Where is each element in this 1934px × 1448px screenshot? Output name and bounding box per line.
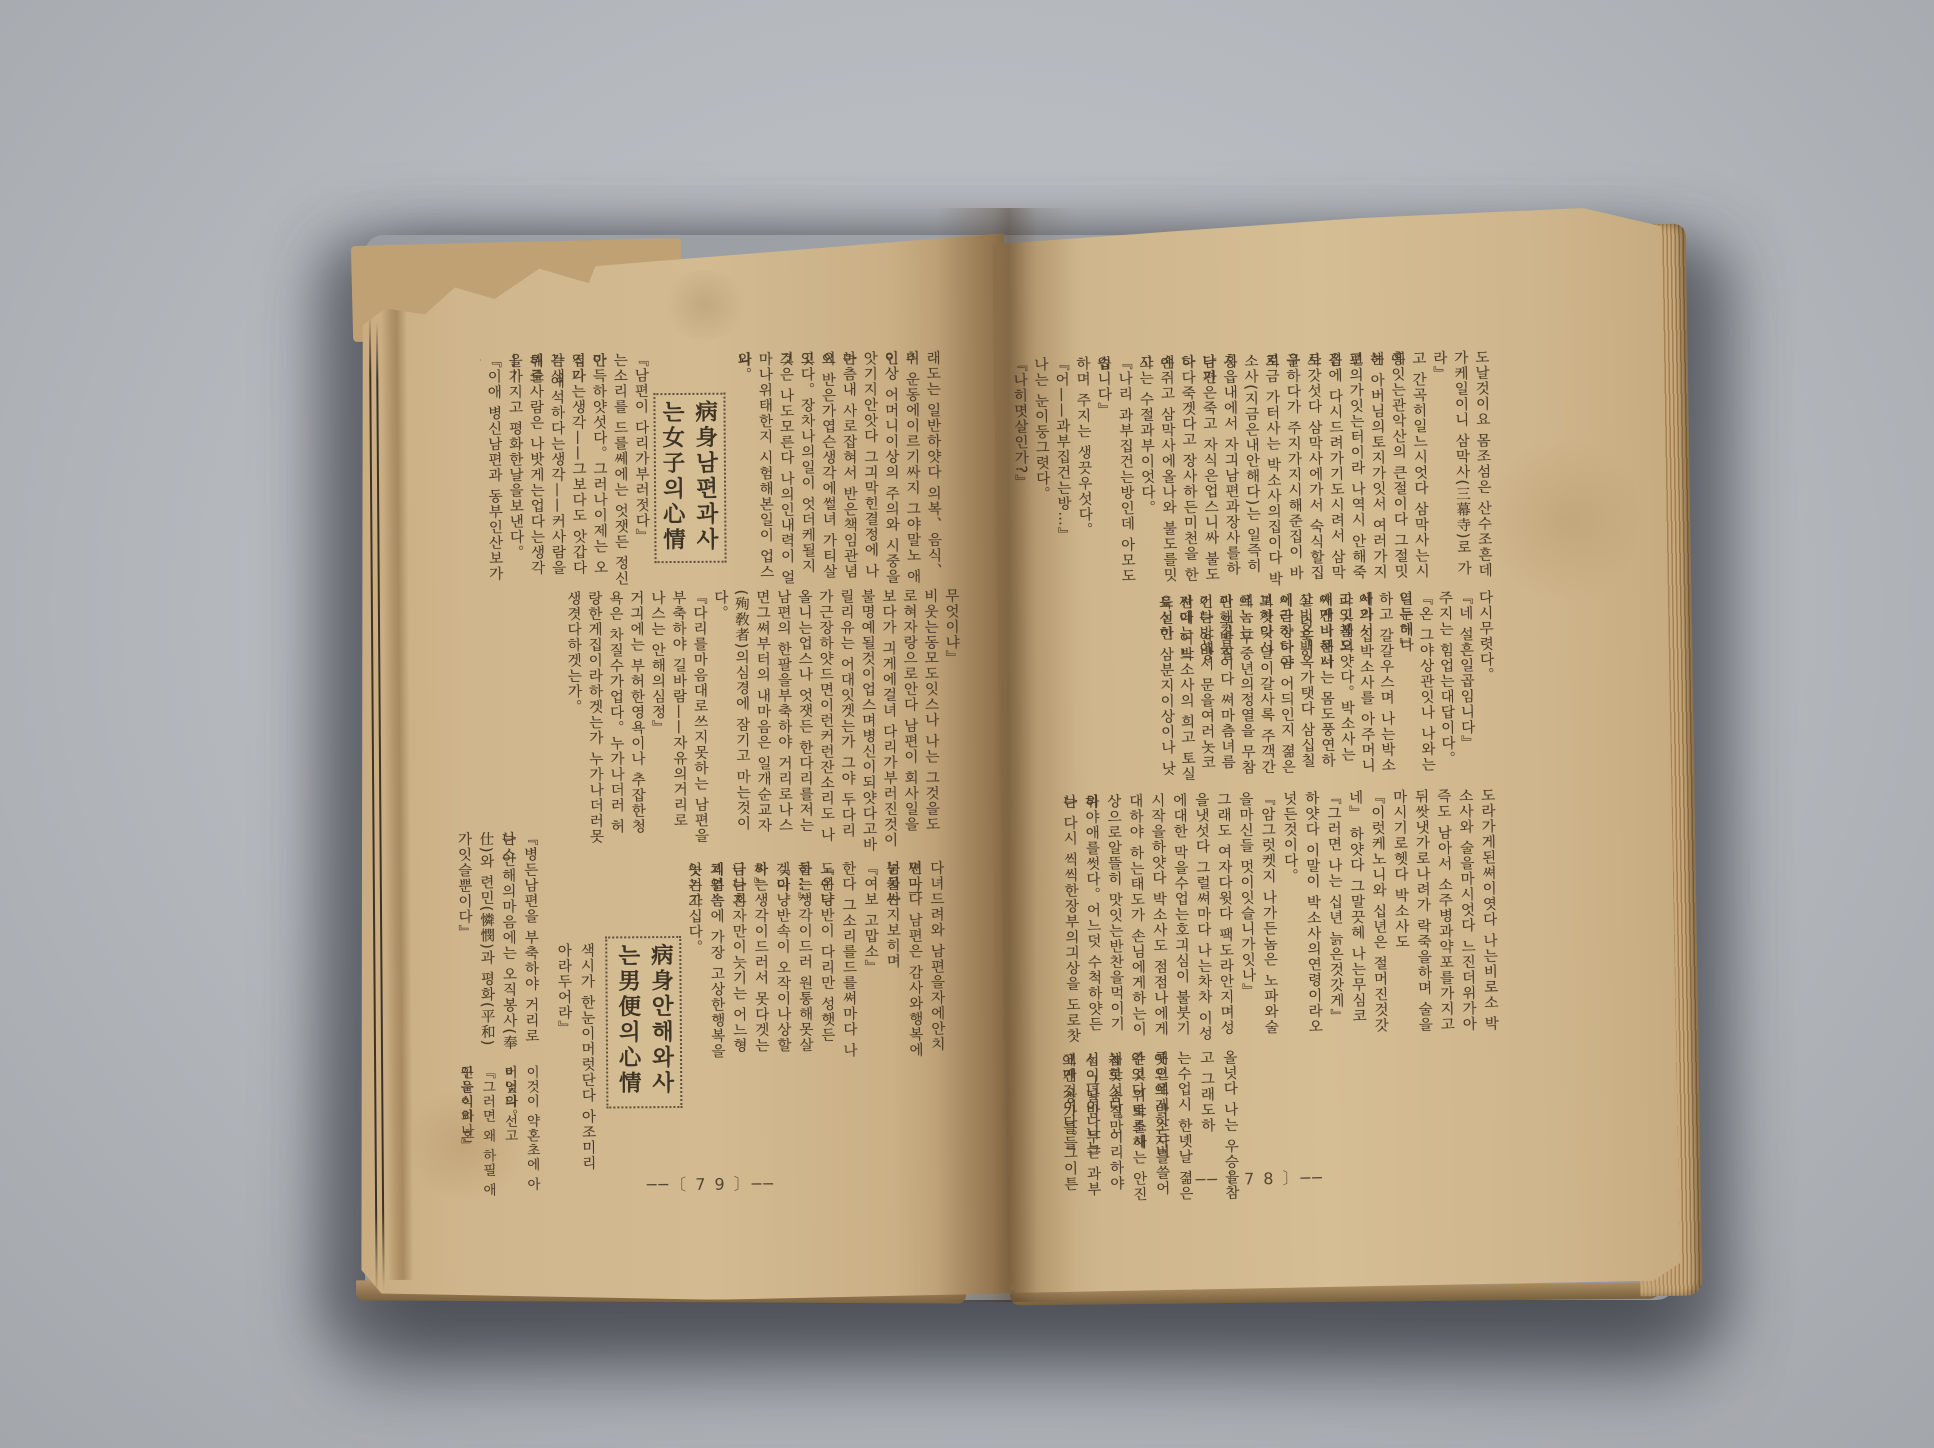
text-column: 소사(지금은내안해다)는 일즉히시: [1239, 353, 1264, 587]
text-column: 을가지고 평화한날을보낸다。: [503, 353, 526, 587]
text-column: 욕은 차질수가업다。누가나더러 허: [604, 590, 627, 856]
text-column: 놉핫섯다。이리하야서 그날밤 나는: [1102, 1051, 1127, 1203]
text-column: 아득하얏섯다。그러나이제는 오직가: [587, 352, 610, 586]
text-column: 에게비해서는 몸도풍연하고 더욱히: [1315, 592, 1338, 782]
text-column: 하얏다 이말이 박소사의연령이라오: [1300, 790, 1326, 1042]
text-column: (殉敎者)의심경에 잠기고 마는것이: [730, 589, 753, 855]
text-column: 나는 눈이둥그렷다。: [1029, 356, 1054, 590]
text-column: 래도는 일반하얏다 의복、음식、취: [921, 350, 944, 584]
text-column: 관해질분이다 쎠마츰녀름이다 안방: [1215, 594, 1238, 784]
text-column: 도라가게된쎠이엿다 나는비로소 박: [1476, 787, 1502, 1039]
text-block-tier3: 다녀드려와 남편을자에안치면 그쎠마다 남편은 감사와행복에넘치는눈물싸지보히며…: [681, 860, 948, 1068]
text-column: 마시기로헷다 박소사도: [1388, 789, 1414, 1041]
text-block-tier1: 도날것이요 몸조섬은 산수조흔데가케일이니 삼막사(三幕寺)로 가라』고 간곡히…: [1008, 350, 1495, 592]
text-column: 하다죽겟다고 장사하든미천을 한손: [1176, 354, 1201, 588]
text-column: 건는방에서 문을여러놋코잔다 어느: [1195, 594, 1218, 784]
text-column: 무엇이냐』: [940, 588, 963, 854]
text-column: 편의가잇는터이라 나역시 안해죽은: [1344, 351, 1369, 585]
text-column: 주엇다 박소사는 안진채로 숨질만: [1125, 1051, 1150, 1203]
text-column: 『이럿케노니와 십년은 절머진것갓: [1366, 789, 1392, 1041]
text-column: 가근장하얏드면이런커런잔소리도 나: [814, 589, 837, 855]
text-column: 로갓섯다 삼막사에가서 숙식할집을: [1302, 352, 1327, 586]
text-column: 앗기지안앗다 그긔막힌결정에 나는: [858, 351, 881, 585]
text-column: 거긔에는 부허한영욕이나 추잡한청: [625, 590, 648, 856]
text-column: 즉도 남아서 소주병과약포를가지고: [1432, 788, 1458, 1040]
text-column: 『이냥반이 다리만 성햇든들…』: [815, 861, 838, 1067]
text-block-tier1-left: 『남편이 다리가부러젓다』는소리를 드를쎼에는 엇잿든 정신만아득하얏섯다。그러…: [480, 352, 652, 587]
text-column: 하고 갈갈우스며 나는박소사의 집: [1374, 591, 1397, 781]
text-column: 『나리 과부집건는방인데 아모도업: [1113, 355, 1138, 589]
text-column: 니는데』: [1394, 591, 1417, 781]
text-column: 에가서 박소사를 아주머니라고불으: [1355, 591, 1378, 781]
text-column: 릴리유는 어대잇겟는가 그야 두다리: [835, 589, 858, 855]
text-block-tier4-beside-heading: 색시가 한눈이머럿단다 아조미리아라두어라』: [549, 943, 599, 1195]
text-column: 랑한게집이라하겟는가 누가나더러못: [583, 591, 606, 857]
text-column: 마츰내 사로잡혀서 반은책임관념이: [837, 351, 860, 585]
text-column: 보다가 긔게에걸녀 다리가부러진것이: [877, 588, 900, 854]
text-column: 는 아버님의토지가잇서 여러가지로: [1365, 351, 1390, 585]
text-column: 구하다가 주지가지시해준집이 바로: [1281, 352, 1306, 586]
text-column: 하며 주지는 생끗우섯다。: [1071, 356, 1096, 590]
text-column: 육선이 삼분지이상이나 낫하날쎠가: [1155, 595, 1178, 785]
text-column: 『병든남편을 부축하야 거리로나스: [518, 831, 542, 1059]
text-column: 쎠마다 남편은 감사와행복에넘치는: [903, 860, 926, 1066]
text-column: 이것이 약혼초에 아버님의 선고: [520, 1065, 543, 1197]
text-column: 룻으로 박소사를쓸어안고 위로를해: [1148, 1051, 1173, 1203]
heading-line: 病身안해와사: [643, 943, 677, 1101]
text-column: 사는 수절과부이엇다。: [1134, 355, 1159, 589]
text-column: 색시가 한눈이머럿단다 아조미리: [574, 943, 599, 1195]
text-block-tier1-right: 래도는 일반하얏다 의복、음식、취미 운동에이르기싸지 그야말노 애인이상 어머…: [730, 350, 944, 585]
text-block-tier2-tail: 『병든남편을 부축하야 거리로나스는 안해의마음에는 오직봉사(奉仕)와 련민(…: [450, 831, 542, 1060]
text-column: 하는생각이드러서 못다겟는나는지: [749, 861, 772, 1067]
text-column: 부축하야 길바람——자유의거리로: [667, 590, 690, 856]
text-column: 각 애석하다는생각——커사람을위로: [545, 353, 568, 587]
text-column: 지금 가터사는 박소사의집이다 박: [1260, 353, 1285, 587]
text-column: 『나히몃살인가?』: [1008, 357, 1033, 591]
text-column: 눈물싸지보히며: [881, 860, 904, 1066]
text-column: 한다 그소리를드를쎠마다 나도운다: [837, 861, 860, 1067]
text-column: 마나위태한지 시험해본일이 업스니: [753, 351, 776, 585]
text-column: 십이년이나무근 과부에게 장가를들: [1079, 1052, 1104, 1204]
text-column: 에쥐고 삼막사에올나와 불도를밋고: [1155, 354, 1180, 588]
text-column: 와。: [732, 351, 755, 585]
text-column: 르녹는 중년의정열을 무참이 욱박질: [1235, 593, 1258, 783]
text-column: 『어——과부집건는방…』: [1050, 356, 1075, 590]
text-column: 잇는가십다。: [683, 862, 706, 1068]
text-column: 가잇슬뿐이다』: [452, 831, 476, 1059]
text-column: 뒤쌋냇가로나려가 락죽을하며 술을: [1410, 789, 1436, 1041]
text-column: 남편은죽고 자식은업스니싸 불도나: [1197, 354, 1222, 588]
text-column: 해줄사람은 나밧게는업다는생각——: [524, 353, 547, 587]
photo-backdrop: { "colors":{"backdrop":"#b5b9be","paper"…: [0, 0, 1934, 1448]
text-column: 그래도 여자다윗다 팩도라안지며성: [1212, 792, 1238, 1044]
text-column: 는 다시 씩씩한장부의긔상을 도로찻: [1058, 794, 1084, 1046]
text-column: 상으로알뜰히 맛잇는반찬을먹이기위: [1102, 793, 1128, 1045]
section-heading-box-husband: 病身안해와사 는男便의心情: [605, 936, 682, 1109]
text-column: 것은 나도모른다 나의인내력이 얼: [774, 351, 797, 585]
text-column: 엽다는생각——그보다도 앗갑다는생: [566, 353, 589, 587]
text-column: 요 반은가엽슨생각에썰녀 가티살고: [816, 351, 839, 585]
text-column: 면그쎠부터의 내마음은 일개순교자: [751, 589, 774, 855]
text-column: 올니는업스나 엇잿든 한다리를저는: [793, 589, 816, 855]
text-column: 에대한 막을수업는호긔심이 불붓기: [1168, 792, 1194, 1044]
text-column: 나스는 안해의심정』: [646, 590, 669, 856]
text-column: 비웃는동모도잇스나 나는 그것을도: [919, 588, 942, 854]
heading-line: 는女子의心情: [654, 400, 688, 556]
section-heading-box-wife: 病身남편과사 는女子의心情: [653, 393, 726, 563]
text-column: 고만것이다。그이튼날부터 박소사의: [1056, 1052, 1081, 1204]
text-column: 불명예될것이업스며병신이되얏다고바: [856, 589, 879, 855]
text-column: 생겻다하겟는가。: [562, 591, 585, 857]
text-column: 『이냥반속이 오작이나상할싸』: [771, 861, 794, 1067]
text-column: 다시무렷다。: [1474, 589, 1497, 779]
text-column: 『그러면 왜 하필 애꾸눈이와 혼: [476, 1065, 499, 1197]
text-column: 고 간곡히일느시엇다 삼막사는시흥: [1407, 351, 1432, 585]
text-column: 하는생각이드러 원통해못살겟다: [793, 861, 816, 1067]
text-column: 『네 설흔일곱임니다』: [1454, 590, 1477, 780]
page-number-78: ──〔 7 8 〕──: [1180, 1165, 1340, 1191]
text-column: 넛든것이다。: [1278, 791, 1304, 1043]
text-column: 네』 하얏다 그말끗헤 나는무심코: [1344, 790, 1370, 1042]
text-column: 미 운동에이르기싸지 그야말노 애인: [900, 350, 923, 584]
text-block-tier4: 이것이 약혼초에 아버님의 선고이엇다。『그러면 왜 하필 애꾸눈이와 혼인을식…: [452, 1065, 543, 1198]
text-column: 도날것이요 몸조섬은 산수조흔데: [1470, 350, 1495, 584]
text-column: 금나혼자만이늣기는 어느형체업는: [727, 862, 750, 1068]
text-column: 이근장하야 어듸인지 졂은긔가잇서: [1275, 593, 1298, 783]
text-block-tier3: 도라가게된쎠이엿다 나는비로소 박소사와 술을마시엇다 느진더위가아즉도 남아서…: [1058, 787, 1502, 1046]
text-column: 을마신들 멋이잇슬니가잇나』: [1234, 791, 1260, 1043]
text-column: 살빗은백옥가탯다 삼십칠세라하나곰: [1295, 592, 1318, 782]
text-column: 『남편이 다리가부러젓다』: [629, 352, 652, 586]
fold-crease: [381, 290, 414, 1280]
text-column: 『암그럿켓지 나가든놈은 노파와술: [1256, 791, 1282, 1043]
text-column: 괴분속에 가장 고상한행복을늣기고: [705, 862, 728, 1068]
text-column: 을냇섯다 그럴쎠마다 나는차차 이성: [1190, 792, 1216, 1044]
text-column: 습니다』: [1092, 355, 1117, 589]
text-column: 다녀드려와 남편을자에안치면 그: [925, 860, 948, 1066]
text-column: 『다리를마음대로쓰지못하는 남편을: [688, 590, 711, 856]
text-column: 보혓다 날이갈사록 주객간에는 무: [1255, 593, 1278, 783]
text-column: 잇다。장차나의일이 엇더케될지 그: [795, 351, 818, 585]
page-78: 도날것이요 몸조섬은 산수조흔데가케일이니 삼막사(三幕寺)로 가라』고 간곡히…: [992, 207, 1681, 1295]
text-column: 시작을하얏다 박소사도 점점나에게: [1146, 793, 1172, 1045]
text-column: 이상 어머니이상의 주의와 시중을: [879, 350, 902, 584]
text-column: 대하야 하는태도가 손님에게하는이: [1124, 793, 1150, 1045]
text-column: 남편의 한팔을부축하야 거리로나스: [772, 589, 795, 855]
text-column: 하야애를썻다。어느덧 수척하얏든나: [1080, 794, 1106, 1046]
text-block-tier2: 무엇이냐』비웃는동모도잇스나 나는 그것을도로혀자랑으로안다 남편이 회사일을보…: [560, 588, 963, 857]
text-column: 는소리를 드를쎼에는 엇잿든 정신만: [608, 352, 631, 586]
text-block-tier2: 다시무렷다。『네 설흔일곱임니다』주지는 힘업는대답이다。『온 그야상관잇나 나…: [1155, 589, 1498, 784]
text-column: 흥읍내에서 자긔남편과장사를하다가: [1218, 353, 1243, 587]
heading-line: 는男便의心情: [610, 943, 644, 1101]
text-column: 아라두어라』: [551, 943, 576, 1195]
text-column: 집에 다시드려가기도시려서 삼막사: [1323, 352, 1348, 586]
heading-line: 病身남편과사: [687, 400, 721, 556]
text-column: 주지는 힘업는대답이다。: [1434, 590, 1457, 780]
text-column: 『그러면 나는 십년 늙은것갓게』: [1322, 790, 1348, 1042]
text-column: 인을식히나』: [454, 1065, 477, 1197]
text-column: 쎠에는 박소사의 희고 토실토실한: [1175, 594, 1198, 784]
text-column: 는 안해의마음에는 오직봉사(奉: [496, 831, 520, 1059]
text-column: 『여보 고맙소』: [859, 861, 882, 1067]
text-column: 가케일이니 삼막사(三幕寺)로 가: [1449, 350, 1474, 584]
text-column: 고잇게되얏다。박소사는 쎠만나문나: [1335, 592, 1358, 782]
text-column: 로혀자랑으로안다 남편이 회사일을: [898, 588, 921, 854]
page-number-79: ──〔 7 9 〕──: [631, 1171, 791, 1195]
page-79: 래도는 일반하얏다 의복、음식、취미 운동에이르기싸지 그야말노 애인이상 어머…: [344, 226, 1011, 1303]
text-column: 에잇는관악산의 큰절이다 그절밋헤: [1386, 351, 1411, 585]
text-column: 仕)와 련민(憐憫)과 평화(平和): [474, 831, 498, 1059]
text-column: 소사와 술을마시엇다 느진더위가아: [1454, 788, 1480, 1040]
text-column: 다。: [709, 590, 732, 856]
text-column: 『이애 병신남편과 동부인산보가다: [482, 353, 505, 587]
text-column: 『온 그야상관잇나 나와는열두해나: [1414, 590, 1437, 780]
